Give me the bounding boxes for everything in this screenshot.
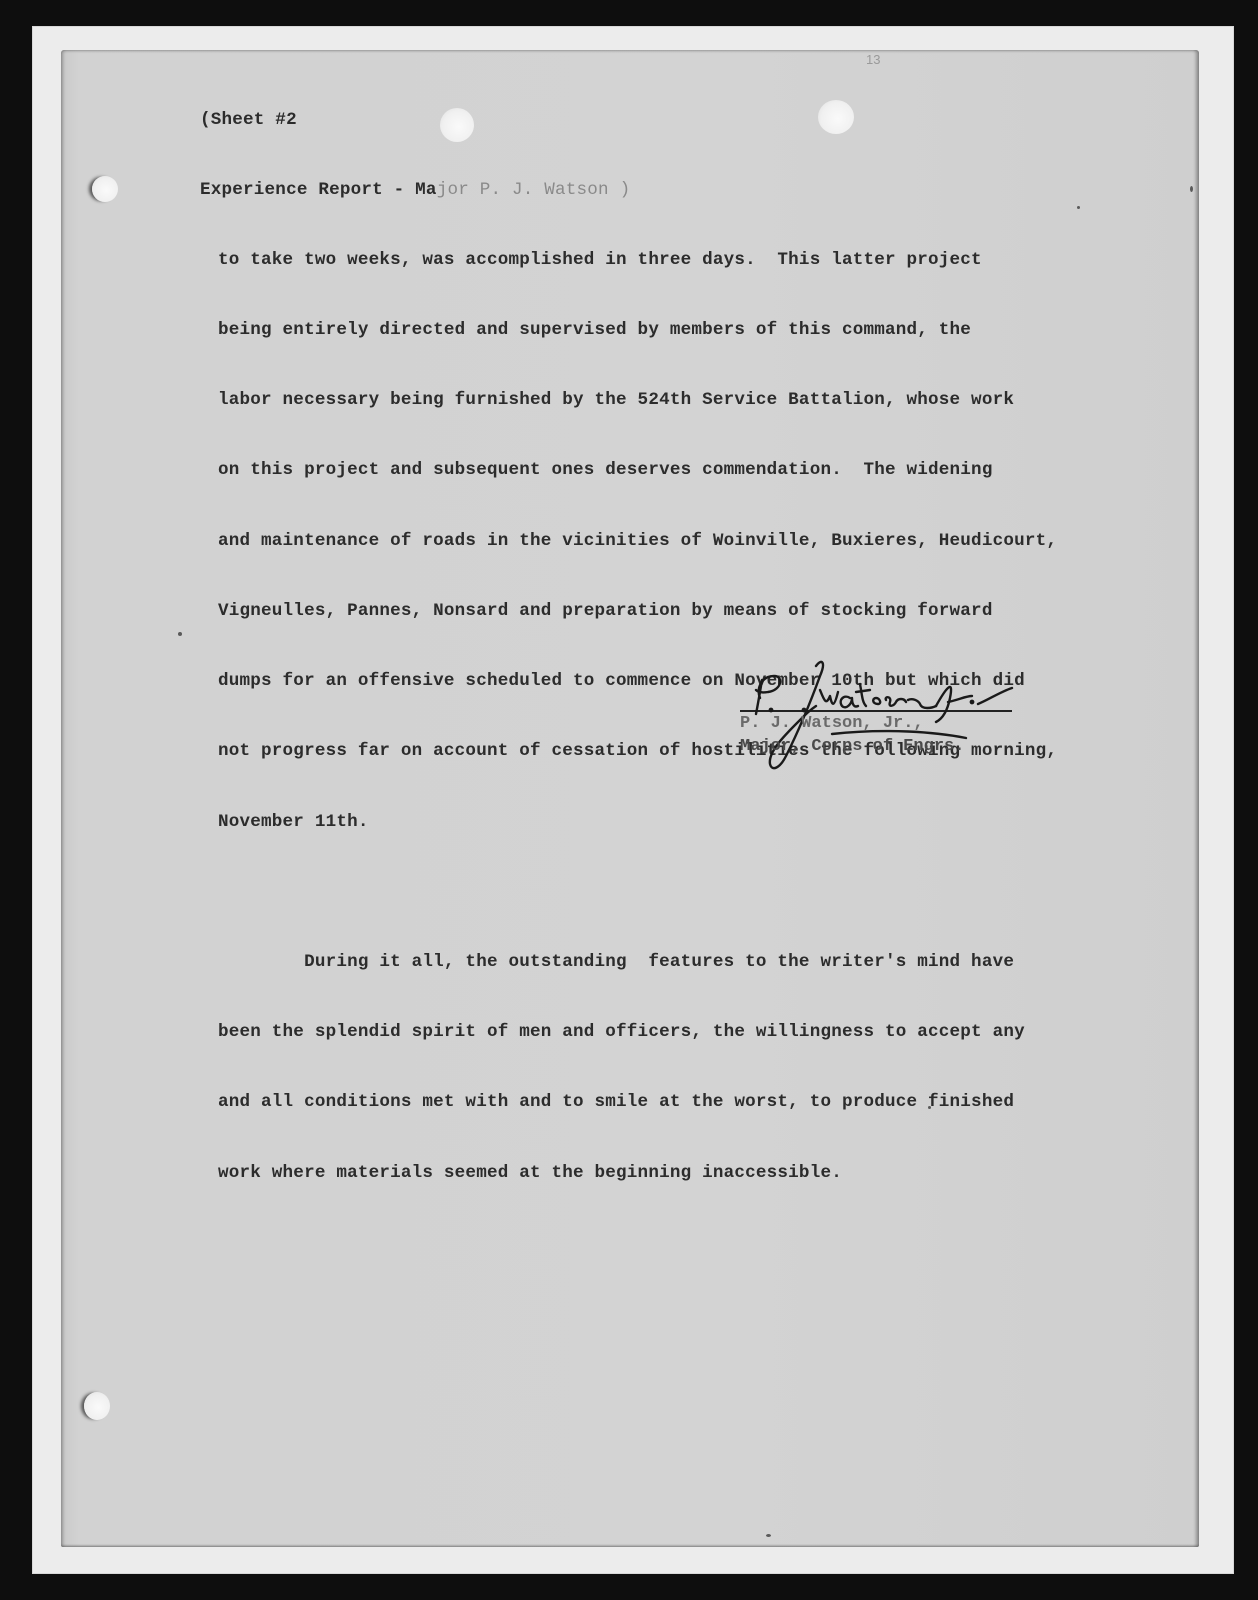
paragraph-1-line: and maintenance of roads in the viciniti… (218, 530, 1057, 553)
paragraph-2-line: been the splendid spirit of men and offi… (218, 1021, 1057, 1044)
report-title: Experience Report - Major P. J. Watson ) (200, 179, 630, 202)
signature-block: P. J. Watson, Jr., Major, Corps of Engrs… (736, 648, 1036, 788)
paper-speck (1077, 206, 1080, 209)
paragraph-1-line: being entirely directed and supervised b… (218, 319, 1057, 342)
punch-hole-top-right (818, 100, 854, 134)
paragraph-1-line: to take two weeks, was accomplished in t… (218, 249, 1057, 272)
paragraph-2-line: During it all, the outstanding features … (218, 951, 1057, 974)
sheet-label: (Sheet #2 (200, 109, 630, 132)
paper-speck (178, 632, 182, 636)
paragraph-gap (218, 881, 1057, 904)
paper-speck (766, 1534, 771, 1537)
typed-signatory-name: P. J. Watson, Jr., (740, 714, 924, 733)
paragraph-1-line: Vigneulles, Pannes, Nonsard and preparat… (218, 600, 1057, 623)
punch-hole-bottom-left (84, 1392, 110, 1420)
punch-hole-top-left (92, 176, 118, 202)
paper-speck (1190, 186, 1193, 192)
paragraph-1-line: November 11th. (218, 811, 1057, 834)
paragraph-1-line: on this project and subsequent ones dese… (218, 459, 1057, 482)
paragraph-2-line: and all conditions met with and to smile… (218, 1091, 1057, 1114)
paragraph-1-line: labor necessary being furnished by the 5… (218, 389, 1057, 412)
page-marker: 13 (866, 52, 880, 67)
report-title-faded: jor P. J. Watson ) (437, 180, 631, 200)
report-title-dark: Experience Report - Ma (200, 180, 437, 200)
typed-signatory-title: Major, Corps of Engrs. (740, 737, 964, 756)
paragraph-2-line: work where materials seemed at the begin… (218, 1162, 1057, 1185)
